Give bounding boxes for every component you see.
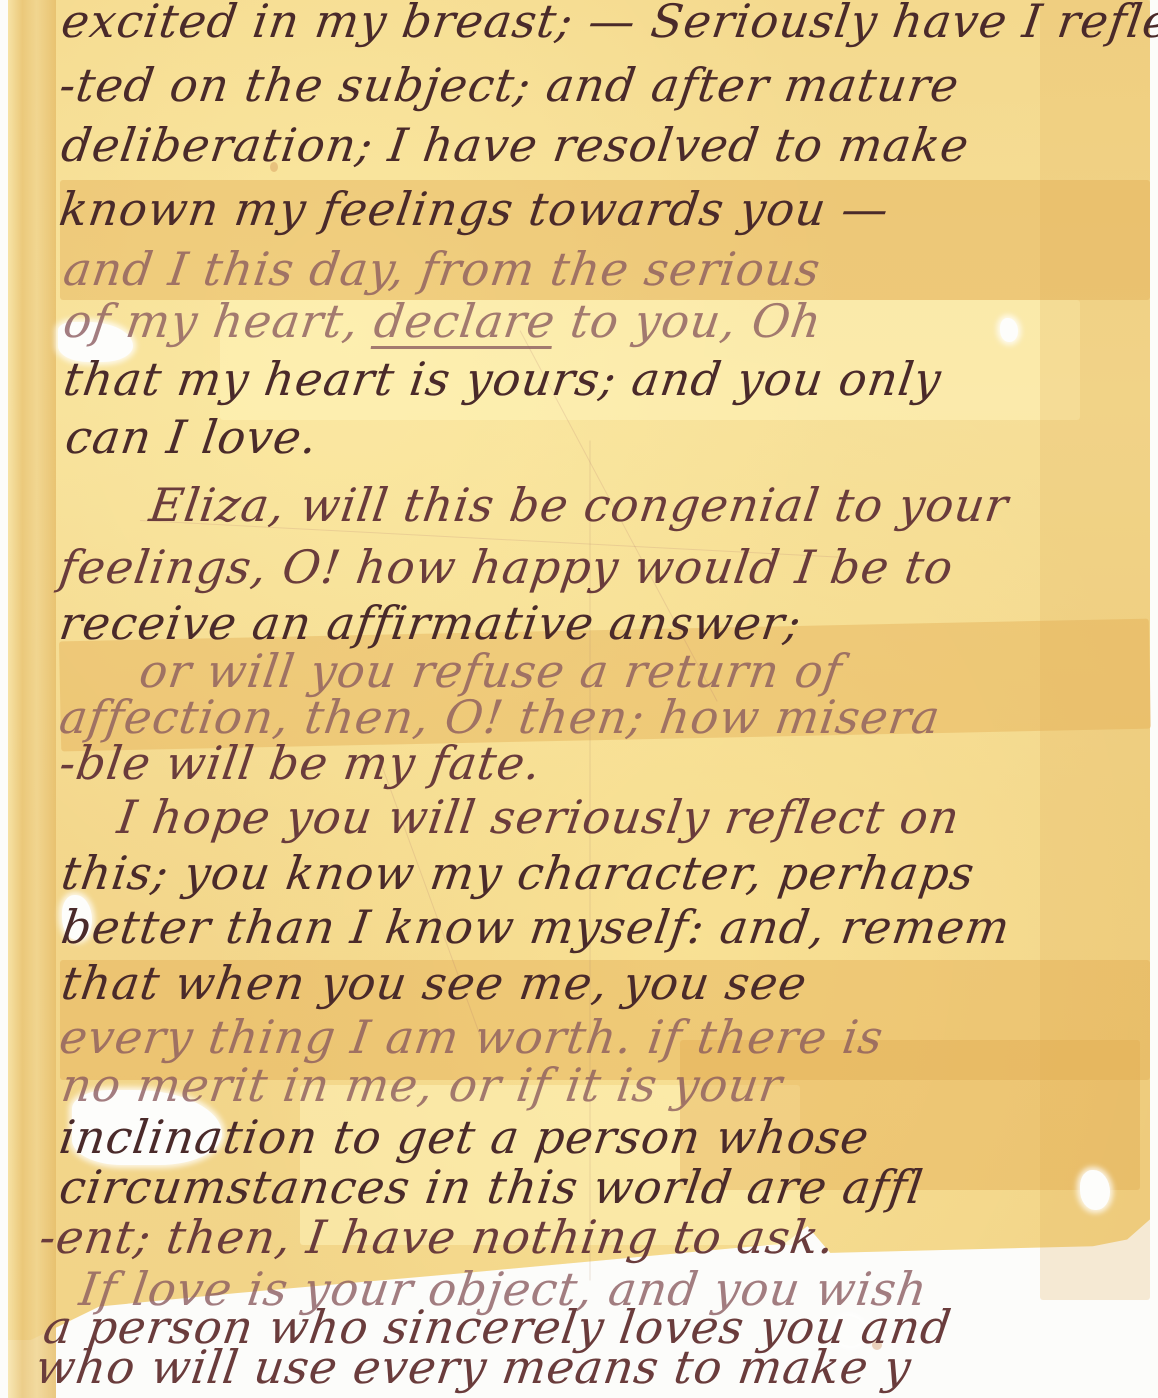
paper-left-edge [8, 0, 56, 1398]
letter-line: that when you see me, you see [58, 956, 810, 1010]
letter-line: known my feelings towards you — [56, 182, 892, 236]
letter-line: can I love. [62, 410, 321, 464]
letter-line: Eliza, will this be congenial to your [146, 478, 1012, 532]
letter-line: and I this day, from the serious [60, 242, 824, 296]
letter-line: that my heart is yours; and you only [60, 352, 945, 406]
letter-line: excited in my breast; — Seriously have I… [58, 0, 1158, 48]
paper-tear [1000, 318, 1018, 342]
letter-line: -ble will be my fate. [56, 736, 545, 790]
underlined-word: declare [371, 294, 559, 348]
letter-line: circumstances in this world are affl [56, 1160, 927, 1214]
letter-text: to you, Oh [552, 294, 826, 348]
letter-line: every thing I am worth. if there is [56, 1010, 887, 1064]
letter-line: who will use every means to make y [32, 1340, 915, 1394]
letter-line: better than I know myself: and, remem [58, 900, 1014, 954]
paper-tear [1080, 1170, 1110, 1210]
scanned-page: excited in my breast; — Seriously have I… [0, 0, 1158, 1398]
letter-line: -ted on the subject; and after mature [56, 58, 963, 112]
letter-line: of my heart, declare to you, Oh [60, 294, 825, 348]
tape-stain [1040, 0, 1150, 1300]
letter-line: inclination to get a person whose [56, 1110, 873, 1164]
letter-line: I hope you will seriously reflect on [114, 790, 963, 844]
letter-line: -ent; then, I have nothing to ask. [36, 1210, 839, 1264]
letter-text: of my heart, [60, 294, 378, 348]
letter-line: receive an affirmative answer; [56, 596, 805, 650]
letter-line: this; you know my character, perhaps [58, 846, 978, 900]
letter-line: no merit in me, or if it is your [58, 1058, 786, 1112]
letter-line: feelings, O! how happy would I be to [56, 540, 957, 594]
letter-line: deliberation; I have resolved to make [58, 118, 973, 172]
